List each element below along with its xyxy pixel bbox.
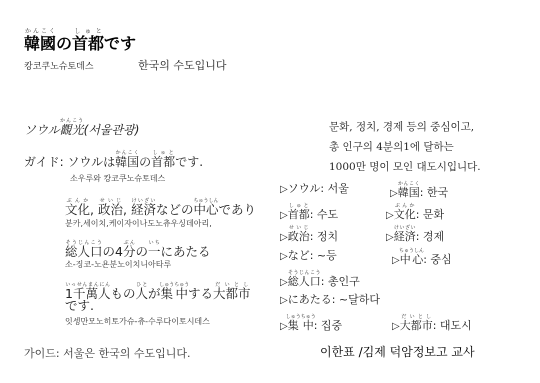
triangle-bullet-icon: ▷: [280, 210, 288, 221]
triangle-bullet-icon: ▷: [392, 321, 400, 332]
sentence-line-3-end: です.: [65, 298, 94, 314]
section-title: ソウル觀光かんこう(서울관광): [24, 118, 139, 138]
vocab-item: ▷大都市だいとし: 대도시: [392, 314, 472, 335]
sentence-line-2: 総人口そうじんこうの4分ぶんの一いちにあたる: [65, 240, 211, 260]
triangle-bullet-icon: ▷: [280, 251, 288, 262]
triangle-bullet-icon: ▷: [386, 210, 394, 221]
triangle-bullet-icon: ▷: [280, 184, 288, 195]
vocab-item: ▷文化ぶんか: 문화: [386, 203, 444, 224]
vocab-item: ▷ソウル: 서울: [280, 181, 349, 198]
vocab-item: ▷中心ちゅうしん: 중심: [392, 248, 452, 269]
page-title: 韓國かんこくの首都しゅとです: [24, 28, 136, 54]
vocab-item: ▷経済けいざい: 경제: [386, 225, 444, 246]
author-credit: 이한표 /김제 덕암정보고 교사: [320, 343, 475, 360]
title-word-korea: 韓國かんこく: [24, 34, 56, 53]
vocab-item: ▷韓国かんこく: 한국: [390, 181, 448, 202]
triangle-bullet-icon: ▷: [280, 277, 288, 288]
vocab-item: ▷集中しゅうちゅう: 집중: [280, 314, 342, 335]
korean-paragraph: 문화, 정치, 경제 등의 중심이고, 총 인구의 4분의1에 달하는 1000…: [329, 117, 481, 177]
title-korean-translation: 한국의 수도입니다: [138, 57, 227, 73]
vocab-item: ▷など: ~등: [280, 248, 337, 265]
korean-paragraph-line: 총 인구의 4분의1에 달하는: [329, 137, 481, 157]
vocab-item: ▷首都しゅと: 수도: [280, 203, 338, 224]
korean-paragraph-line: 문화, 정치, 경제 등의 중심이고,: [329, 117, 481, 137]
sentence-line-1: 文化ぶんか, 政治せいじ, 経済けいざいなどの中心ちゅうしんであり: [65, 198, 256, 218]
vocab-item: ▷政治せいじ: 정치: [280, 225, 338, 246]
sentence-line-3-reading: 잇셍만모노히토가슈-츄-수루다이토시데스: [65, 316, 210, 327]
sentence-line-1-reading: 분카,세이치,케이자이나도노츄우싱데아리,: [65, 218, 212, 229]
sentence-line-2-reading: 소-징코-노욘분노이치니아타루: [65, 259, 171, 270]
title-word-capital: 首都しゅと: [72, 34, 104, 53]
triangle-bullet-icon: ▷: [390, 188, 398, 199]
guide-sentence: ガイド: ソウルは韓国かんこくの首都しゅとです.: [24, 150, 203, 170]
triangle-bullet-icon: ▷: [280, 295, 288, 306]
triangle-bullet-icon: ▷: [280, 232, 288, 243]
triangle-bullet-icon: ▷: [386, 232, 394, 243]
vocab-item: ▷にあたる: ~달하다: [280, 292, 380, 309]
guide-korean-translation: 가이드: 서울은 한국의 수도입니다.: [24, 345, 190, 361]
guide-label: ガイド:: [24, 155, 68, 169]
guide-reading: 소우루와 캉코쿠노슈토데스: [70, 173, 165, 184]
vocab-item: ▷総人口そうじんこう: 총인구: [280, 270, 360, 291]
korean-paragraph-line: 1000만 명이 모인 대도시입니다.: [329, 157, 481, 177]
title-korean-reading: 캉코쿠노슈토데스: [24, 59, 94, 72]
